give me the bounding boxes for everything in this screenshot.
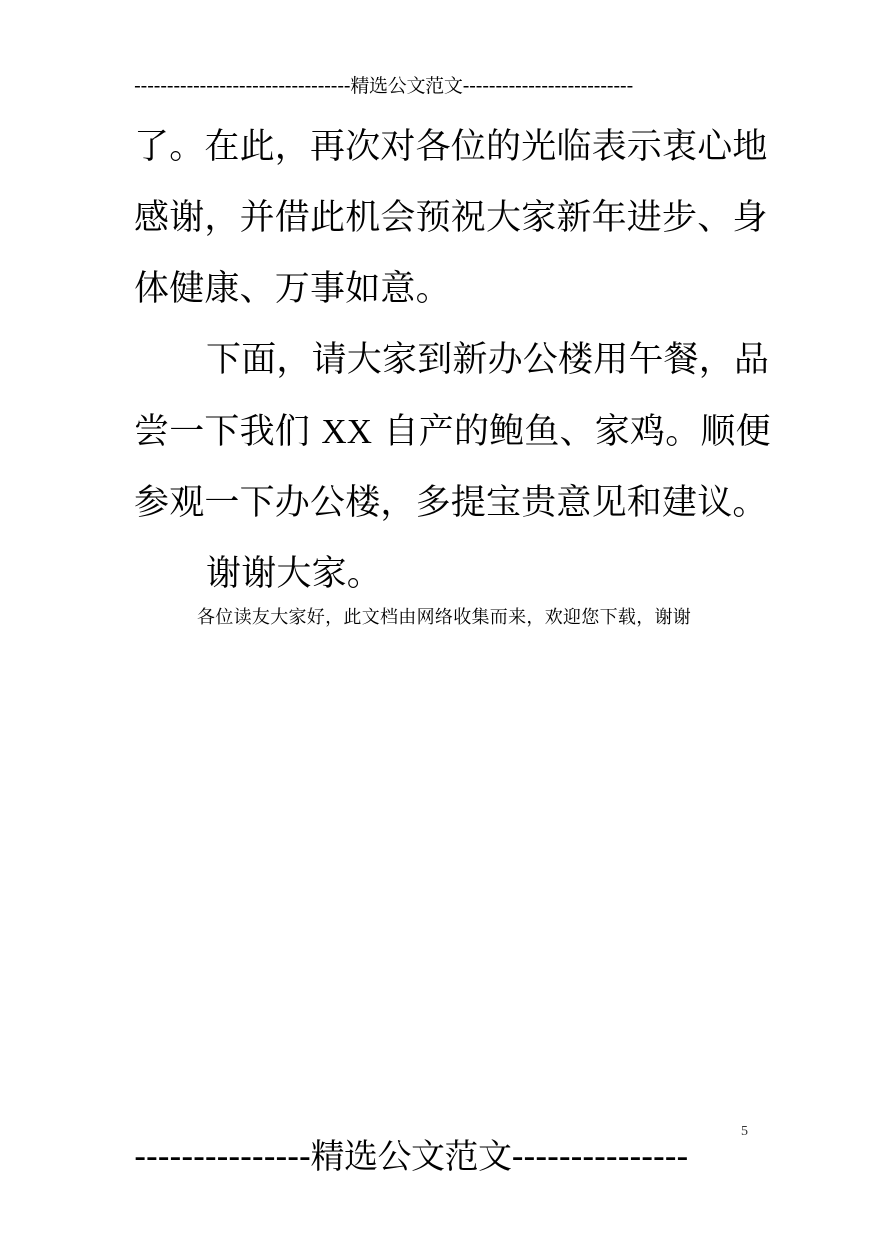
paragraph-2-line-3: 参观一下办公楼，多提宝贵意见和建议。 <box>134 468 754 539</box>
line2-after: 自产的鲍鱼、家鸡。顺便 <box>372 412 771 452</box>
document-body: 了。在此，再次对各位的光临表示衷心地 感谢，并借此机会预祝大家新年进步、身 体健… <box>134 112 754 610</box>
header-left-dashes: --------------------------------- <box>134 75 350 97</box>
body-line-3: 体健康、万事如意。 <box>134 254 754 325</box>
document-page: ---------------------------------精选公文范文-… <box>0 0 884 1250</box>
footer-left-dashes: --------------- <box>134 1137 311 1177</box>
footer-title: 精选公文范文 <box>311 1137 512 1177</box>
line2-before: 尝一下我们 <box>134 412 321 452</box>
page-number: 5 <box>741 1124 748 1140</box>
body-line-2: 感谢，并借此机会预祝大家新年进步、身 <box>134 183 754 254</box>
paragraph-2-line-2: 尝一下我们 XX 自产的鲍鱼、家鸡。顺便 <box>134 396 754 468</box>
footer-right-dashes: --------------- <box>512 1137 689 1177</box>
paragraph-2-line-1: 下面，请大家到新办公楼用午餐，品 <box>134 325 754 396</box>
header-right-dashes: -------------------------- <box>463 75 633 97</box>
download-note: 各位读友大家好，此文档由网络收集而来，欢迎您下载，谢谢 <box>197 605 691 631</box>
body-line-1: 了。在此，再次对各位的光临表示衷心地 <box>134 112 754 183</box>
header-title: 精选公文范文 <box>350 75 462 97</box>
xx-placeholder: XX <box>321 412 372 451</box>
closing-line: 谢谢大家。 <box>134 539 754 610</box>
page-footer: ---------------精选公文范文--------------- <box>134 1134 734 1180</box>
page-header: ---------------------------------精选公文范文-… <box>134 72 744 100</box>
